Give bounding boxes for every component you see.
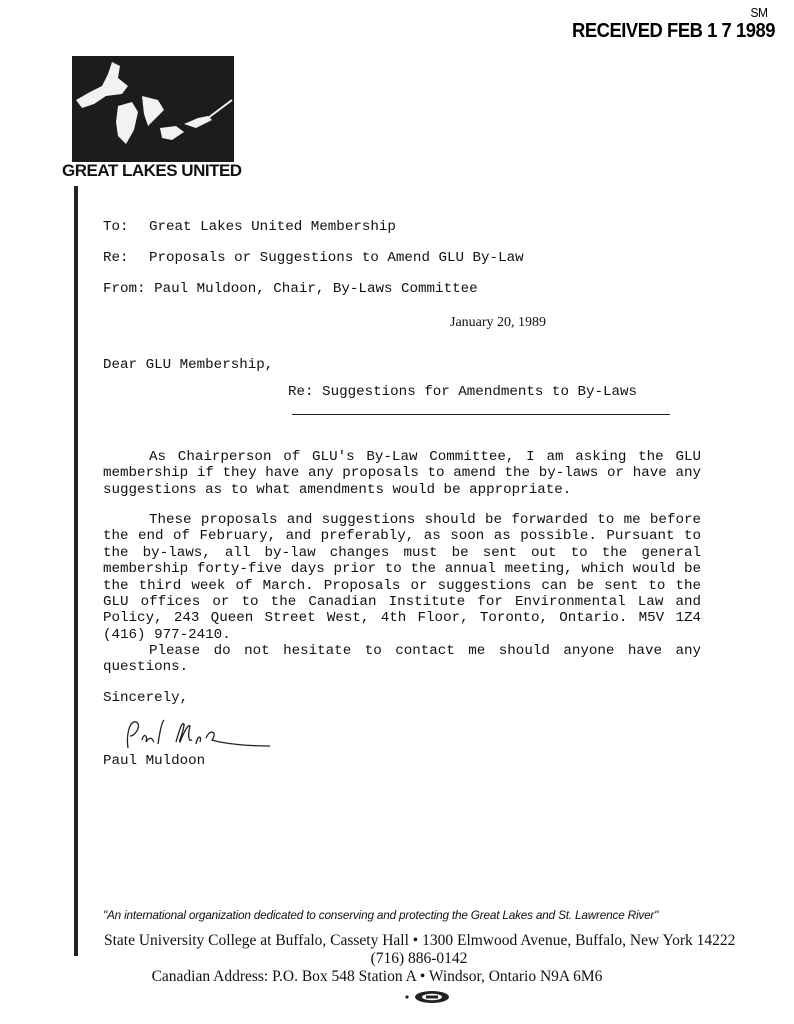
to-label: To: [103,219,149,235]
body-paragraph-1: As Chairperson of GLU's By-Law Committee… [103,449,701,498]
re-value: Proposals or Suggestions to Amend GLU By… [149,250,524,266]
signature-icon [118,714,278,754]
phone-number: (716) 886-0142 [22,950,794,968]
union-label-icon [404,990,452,1004]
subject-underline [292,414,670,415]
re-line: Re:Proposals or Suggestions to Amend GLU… [103,250,524,266]
body-paragraph-2: These proposals and suggestions should b… [103,512,701,643]
received-stamp: RECEIVED FEB 1 7 1989 SM [572,20,775,43]
from-label: From: [103,281,146,297]
salutation: Dear GLU Membership, [103,357,273,373]
to-line: To:Great Lakes United Membership [103,219,396,235]
received-stamp-text: RECEIVED FEB 1 7 1989 [572,20,775,42]
signer-name: Paul Muldoon [103,753,205,769]
stamp-initials: SM [750,5,767,20]
subject-line: Re: Suggestions for Amendments to By-Law… [288,384,637,400]
us-address: State University College at Buffalo, Cas… [104,932,735,950]
body-paragraph-3: Please do not hesitate to contact me sho… [103,643,701,676]
letter-date: January 20, 1989 [450,315,546,331]
great-lakes-map-icon [72,56,234,162]
closing: Sincerely, [103,690,188,706]
from-value: Paul Muldoon, Chair, By-Laws Committee [154,281,478,297]
to-value: Great Lakes United Membership [149,219,396,235]
org-tagline: "An international organization dedicated… [103,908,658,922]
from-line: From: Paul Muldoon, Chair, By-Laws Commi… [103,281,478,297]
re-label: Re: [103,250,149,266]
org-name-logotype: GREAT LAKES UNITED [62,161,242,181]
letterhead-vertical-rule [74,186,78,956]
canadian-address: Canadian Address: P.O. Box 548 Station A… [0,968,774,986]
